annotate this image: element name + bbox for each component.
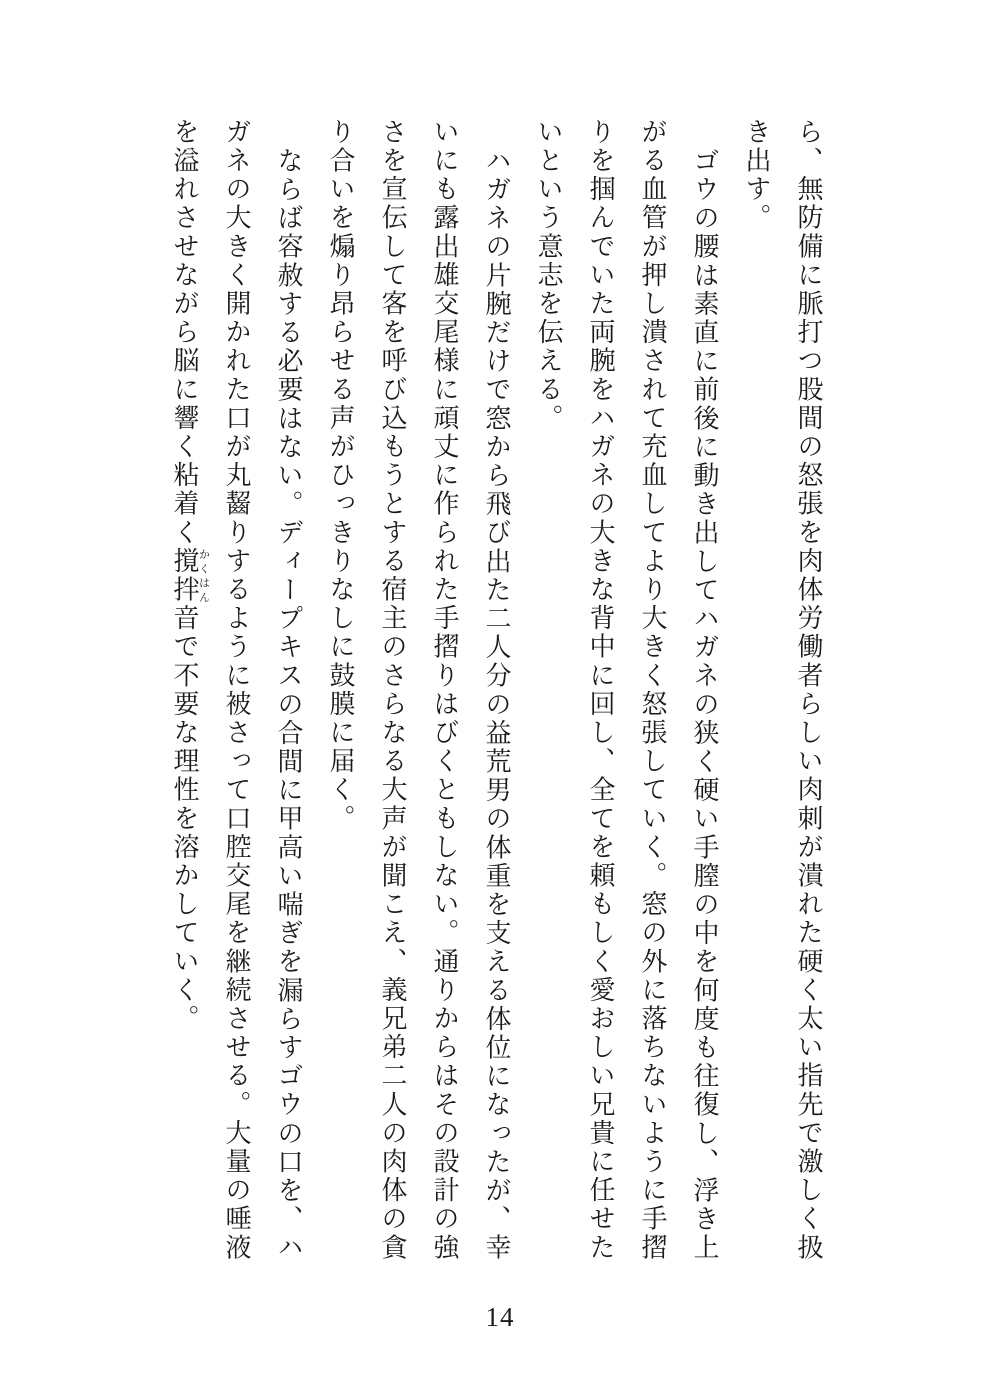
ruby-kakuhan-base: 撹拌 xyxy=(170,547,199,604)
page-number: 14 xyxy=(0,1302,1000,1333)
paragraph-4-text-tail: 音で不要な理性を溶かしていく。 xyxy=(170,604,199,1033)
paragraph-2: ゴウの腰は素直に前後に動き出してハガネの狭く硬い手膣の中を何度も往復し、浮き上が… xyxy=(522,118,730,1268)
paragraph-4: ならば容赦する必要はない。ディープキスの合間に甲高い喘ぎを漏らすゴウの口を、ハガ… xyxy=(158,118,314,1268)
paragraph-2-text: ゴウの腰は素直に前後に動き出してハガネの狭く硬い手膣の中を何度も往復し、浮き上が… xyxy=(534,118,719,1262)
vertical-text-block: ら、無防備に脈打つ股間の怒張を肉体労働者らしい肉刺が潰れた硬く太い指先で激しく扱… xyxy=(158,118,834,1268)
furigana-kakuhan: かくはん xyxy=(198,547,210,604)
paragraph-3: ハガネの片腕だけで窓から飛び出た二人分の益荒男の体重を支える体位になったが、幸い… xyxy=(314,118,522,1268)
paragraph-1-text: ら、無防備に脈打つ股間の怒張を肉体労働者らしい肉刺が潰れた硬く太い指先で激しく扱… xyxy=(742,118,823,1262)
document-page: ら、無防備に脈打つ股間の怒張を肉体労働者らしい肉刺が潰れた硬く太い指先で激しく扱… xyxy=(0,0,1000,1400)
paragraph-3-text: ハガネの片腕だけで窓から飛び出た二人分の益荒男の体重を支える体位になったが、幸い… xyxy=(326,118,511,1262)
ruby-kakuhan: 撹拌かくはん xyxy=(170,547,199,604)
paragraph-1: ら、無防備に脈打つ股間の怒張を肉体労働者らしい肉刺が潰れた硬く太い指先で激しく扱… xyxy=(730,118,834,1268)
